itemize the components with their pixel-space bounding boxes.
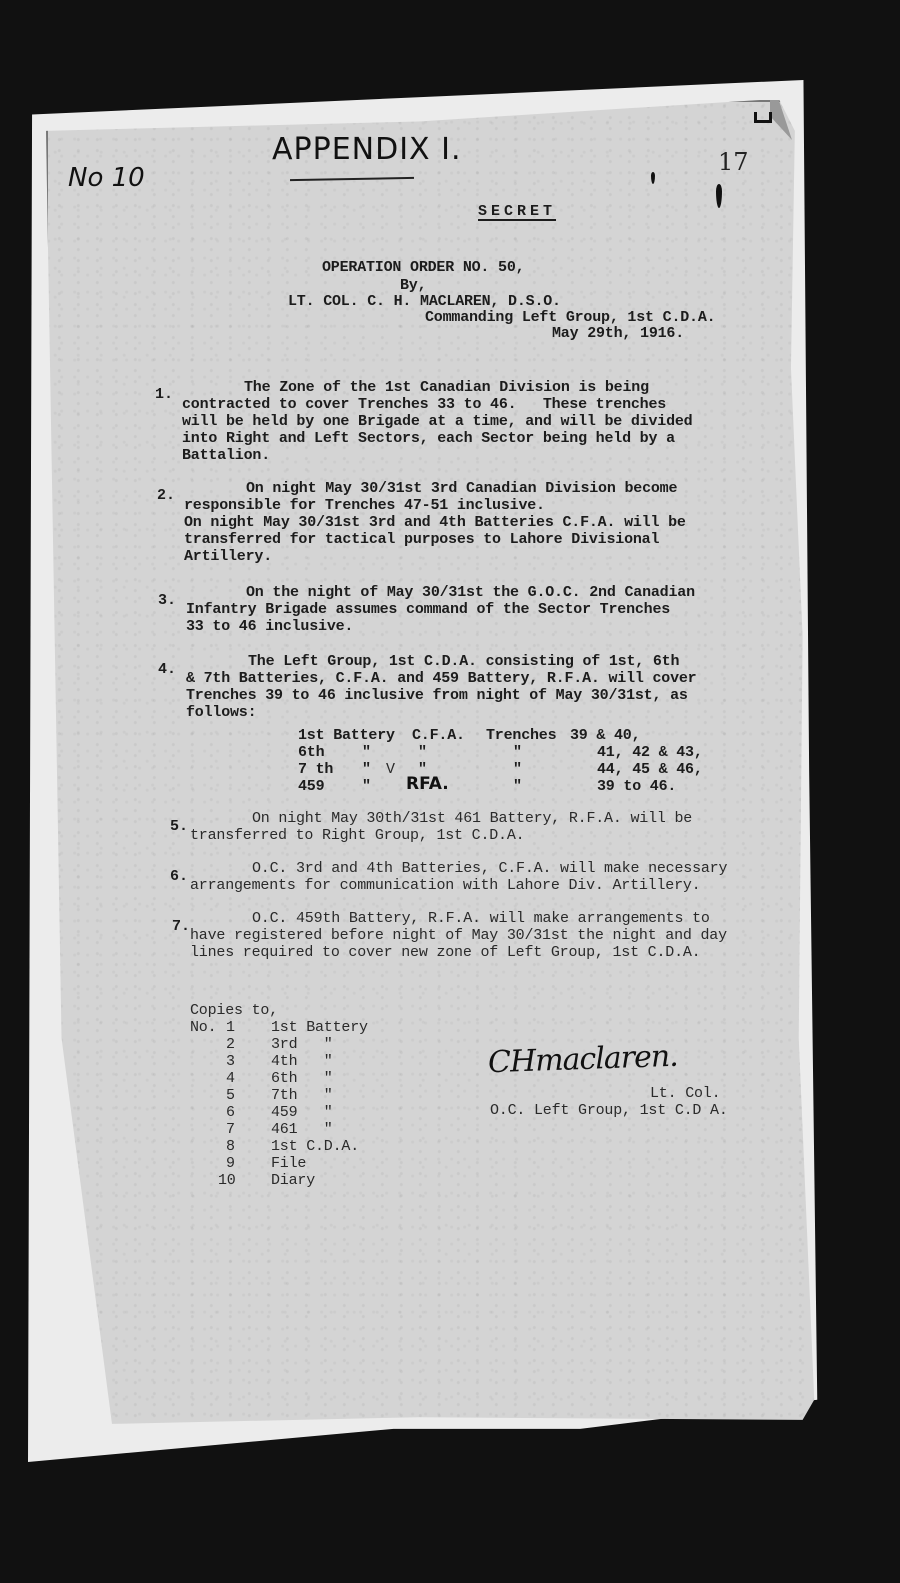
copy-recipient: Diary (271, 1171, 315, 1190)
copies-prefix: No. (190, 1018, 216, 1037)
handwritten-reference: No 10 (68, 163, 145, 193)
order-date: May 29th, 1916. (552, 324, 684, 343)
ditto-mark: " (362, 777, 371, 796)
paragraph-line: Artillery. (184, 547, 272, 566)
paragraph-number: 1. (155, 386, 173, 403)
paragraph-line: lines required to cover new zone of Left… (190, 943, 701, 962)
ditto-mark: " (513, 777, 522, 796)
paragraph-line: 33 to 46 inclusive. (186, 617, 353, 636)
paragraph-number: 5. (170, 818, 188, 835)
paragraph-line: Trenches 39 to 46 inclusive from night o… (186, 686, 688, 705)
paragraph-number: 6. (170, 868, 188, 885)
paragraph-number: 2. (157, 487, 175, 504)
paragraph-line: Battalion. (182, 446, 270, 465)
handwritten-unit-correction: RFA. (406, 774, 449, 794)
paragraph-number: 4. (158, 661, 176, 678)
paragraph-line: arrangements for communication with Laho… (190, 876, 701, 895)
handwritten-check-mark: V (386, 760, 395, 779)
battery-name: 459 (298, 777, 324, 796)
corner-mark-icon (754, 112, 772, 123)
paragraph-line: transferred to Right Group, 1st C.D.A. (190, 826, 524, 845)
classification-heading: SECRET (478, 202, 556, 221)
handwritten-signature: CHmaclaren. (487, 1039, 678, 1081)
paragraph-line: follows: (186, 703, 256, 722)
paragraph-number: 7. (172, 918, 190, 935)
order-title: OPERATION ORDER NO. 50, (322, 258, 524, 277)
trenches-value: 39 to 46. (597, 777, 676, 796)
scan-background: APPENDIX I. No 10 17 SECRET OPERATION OR… (0, 0, 900, 1583)
signature-title: O.C. Left Group, 1st C.D A. (490, 1101, 728, 1120)
paragraph-number: 3. (158, 592, 176, 609)
handwritten-appendix-label: APPENDIX I. (272, 132, 462, 167)
page-number: 17 (718, 148, 749, 176)
copy-number: 10 (218, 1171, 236, 1190)
